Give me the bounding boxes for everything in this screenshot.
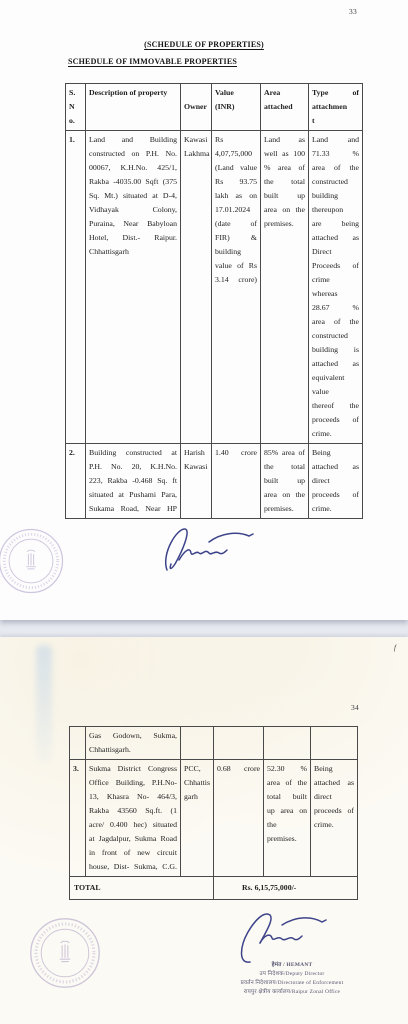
table-cell: Kawasi Lakhma (181, 131, 212, 444)
document-title: (SCHEDULE OF PROPERTIES) (144, 40, 264, 49)
table-cell (264, 727, 311, 760)
column-header: Description of property (86, 84, 181, 131)
signatory-office: रायपुर क्षेत्रीय कार्यालय/Raipur Zonal O… (197, 988, 387, 997)
table-cell: Land as well as 100 % area of the total … (261, 131, 309, 444)
official-seal-icon (27, 915, 103, 991)
official-seal-icon (0, 526, 66, 596)
column-header: Area attached (261, 84, 309, 131)
table-row: 3.Sukma District Congress Office Buildin… (70, 760, 358, 877)
table-cell (70, 727, 86, 760)
total-label-cell: TOTAL (70, 877, 214, 900)
table-cell: Rs 4,07,75,000 (Land value Rs 93.75 lakh… (212, 131, 261, 444)
table-header-row: S. N o.Description of propertyOwnerValue… (66, 84, 363, 131)
table-cell: Building constructed at P.H. No. 20, K.H… (86, 444, 181, 519)
table-cell: PCC, Chhattis garh (181, 760, 214, 877)
scan-smudge (36, 645, 52, 763)
page-number: 34 (351, 703, 359, 712)
table-cell: Being attached as direct proceeds of cri… (309, 444, 363, 519)
column-header: Type of attachmen t (309, 84, 363, 131)
table-cell: Harish Kawasi (181, 444, 212, 519)
table-cell: 3. (70, 760, 86, 877)
column-header: Owner (181, 84, 212, 131)
table-cell: Sukma District Congress Office Building,… (86, 760, 181, 877)
table-cell (214, 727, 264, 760)
table-cell (181, 727, 214, 760)
signatory-name: हेमंत / HEMANT (197, 961, 387, 970)
properties-table-page2: Gas Godown, Sukma, Chhattisgarh.3.Sukma … (69, 726, 357, 900)
table-cell: 0.68 crore (214, 760, 264, 877)
table-cell: 2. (66, 444, 86, 519)
signatory-designation: उप निदेशक/Deputy Director (197, 970, 387, 979)
table-cell: Being attached as direct proceeds of cri… (311, 760, 358, 877)
signature-icon (157, 520, 257, 575)
table-cell: Land and Building constructed on P.H. No… (86, 131, 181, 444)
table-cell: Gas Godown, Sukma, Chhattisgarh. (86, 727, 181, 760)
table-cell: 1. (66, 131, 86, 444)
column-header: S. N o. (66, 84, 86, 131)
table-cell: 85% area of the total built up area on t… (261, 444, 309, 519)
table-row: Gas Godown, Sukma, Chhattisgarh. (70, 727, 358, 760)
document-page-34: f 34 Gas Godown, Sukma, Chhattisgarh.3.S… (0, 637, 408, 1024)
properties-table-page1: S. N o.Description of propertyOwnerValue… (65, 83, 362, 519)
table-total-row: TOTALRs. 6,15,75,000/- (70, 877, 358, 900)
corner-mark: f (394, 644, 396, 652)
signatory-organization: प्रवर्तन निदेशालय/Directorate of Enforce… (197, 979, 387, 988)
total-amount-cell: Rs. 6,15,75,000/- (214, 877, 358, 900)
table-cell: 52.30 % area of the total built up area … (264, 760, 311, 877)
document-subtitle: SCHEDULE OF IMMOVABLE PROPERTIES (68, 57, 237, 66)
table-row: 1.Land and Building constructed on P.H. … (66, 131, 363, 444)
table-cell: Land and 71.33 % area of the constructed… (309, 131, 363, 444)
column-header: Value (INR) (212, 84, 261, 131)
table-cell (311, 727, 358, 760)
title-row: (SCHEDULE OF PROPERTIES) (0, 34, 408, 52)
table-cell: 1.40 crore (212, 444, 261, 519)
page-number: 33 (349, 7, 357, 16)
signatory-block: हेमंत / HEMANT उप निदेशक/Deputy Director… (197, 961, 387, 997)
signature-icon (220, 906, 330, 966)
document-page-33: 33 (SCHEDULE OF PROPERTIES) SCHEDULE OF … (0, 0, 408, 620)
table-row: 2.Building constructed at P.H. No. 20, K… (66, 444, 363, 519)
